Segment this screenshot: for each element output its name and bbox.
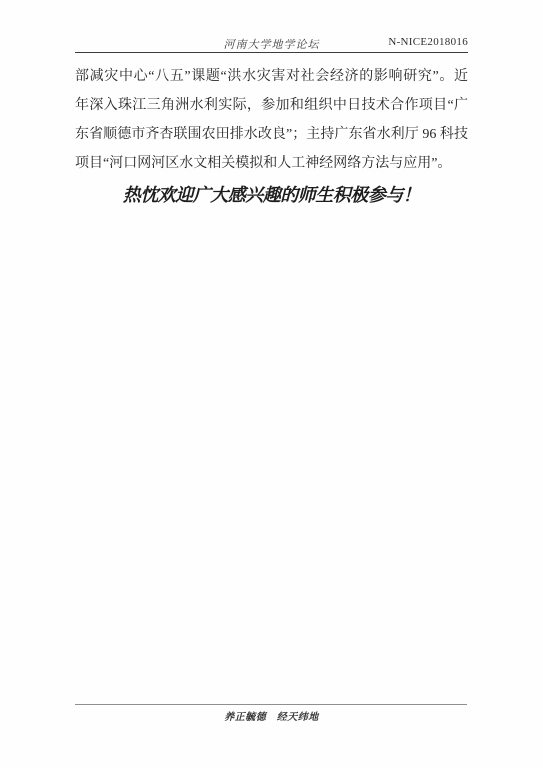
paragraph-line: 项目“河口网河区水文相关模拟和人工神经网络方法与应用”。 (75, 149, 468, 178)
document-number: N-NICE2018016 (388, 36, 468, 48)
page-header: 河南大学地学论坛 N-NICE2018016 (75, 36, 468, 52)
paragraph-line: 年深入珠江三角洲水利实际，参加和组织中日技术合作项目“广 (75, 91, 468, 120)
welcome-calligraphy-line: 热忱欢迎广大感兴趣的师生积极参与！ (0, 181, 543, 207)
footer-divider (75, 704, 467, 705)
header-divider (75, 52, 468, 53)
footer-motto: 养正毓德 经天纬地 (0, 708, 543, 723)
body-paragraph: 部减灾中心“八五”课题“洪水灾害对社会经济的影响研究”。近 年深入珠江三角洲水利… (75, 62, 468, 178)
paragraph-line: 部减灾中心“八五”课题“洪水灾害对社会经济的影响研究”。近 (75, 62, 468, 91)
paragraph-line: 东省顺德市齐杏联围农田排水改良”；主持广东省水利厅 96 科技 (75, 120, 468, 149)
document-page: 河南大学地学论坛 N-NICE2018016 部减灾中心“八五”课题“洪水灾害对… (0, 0, 543, 768)
